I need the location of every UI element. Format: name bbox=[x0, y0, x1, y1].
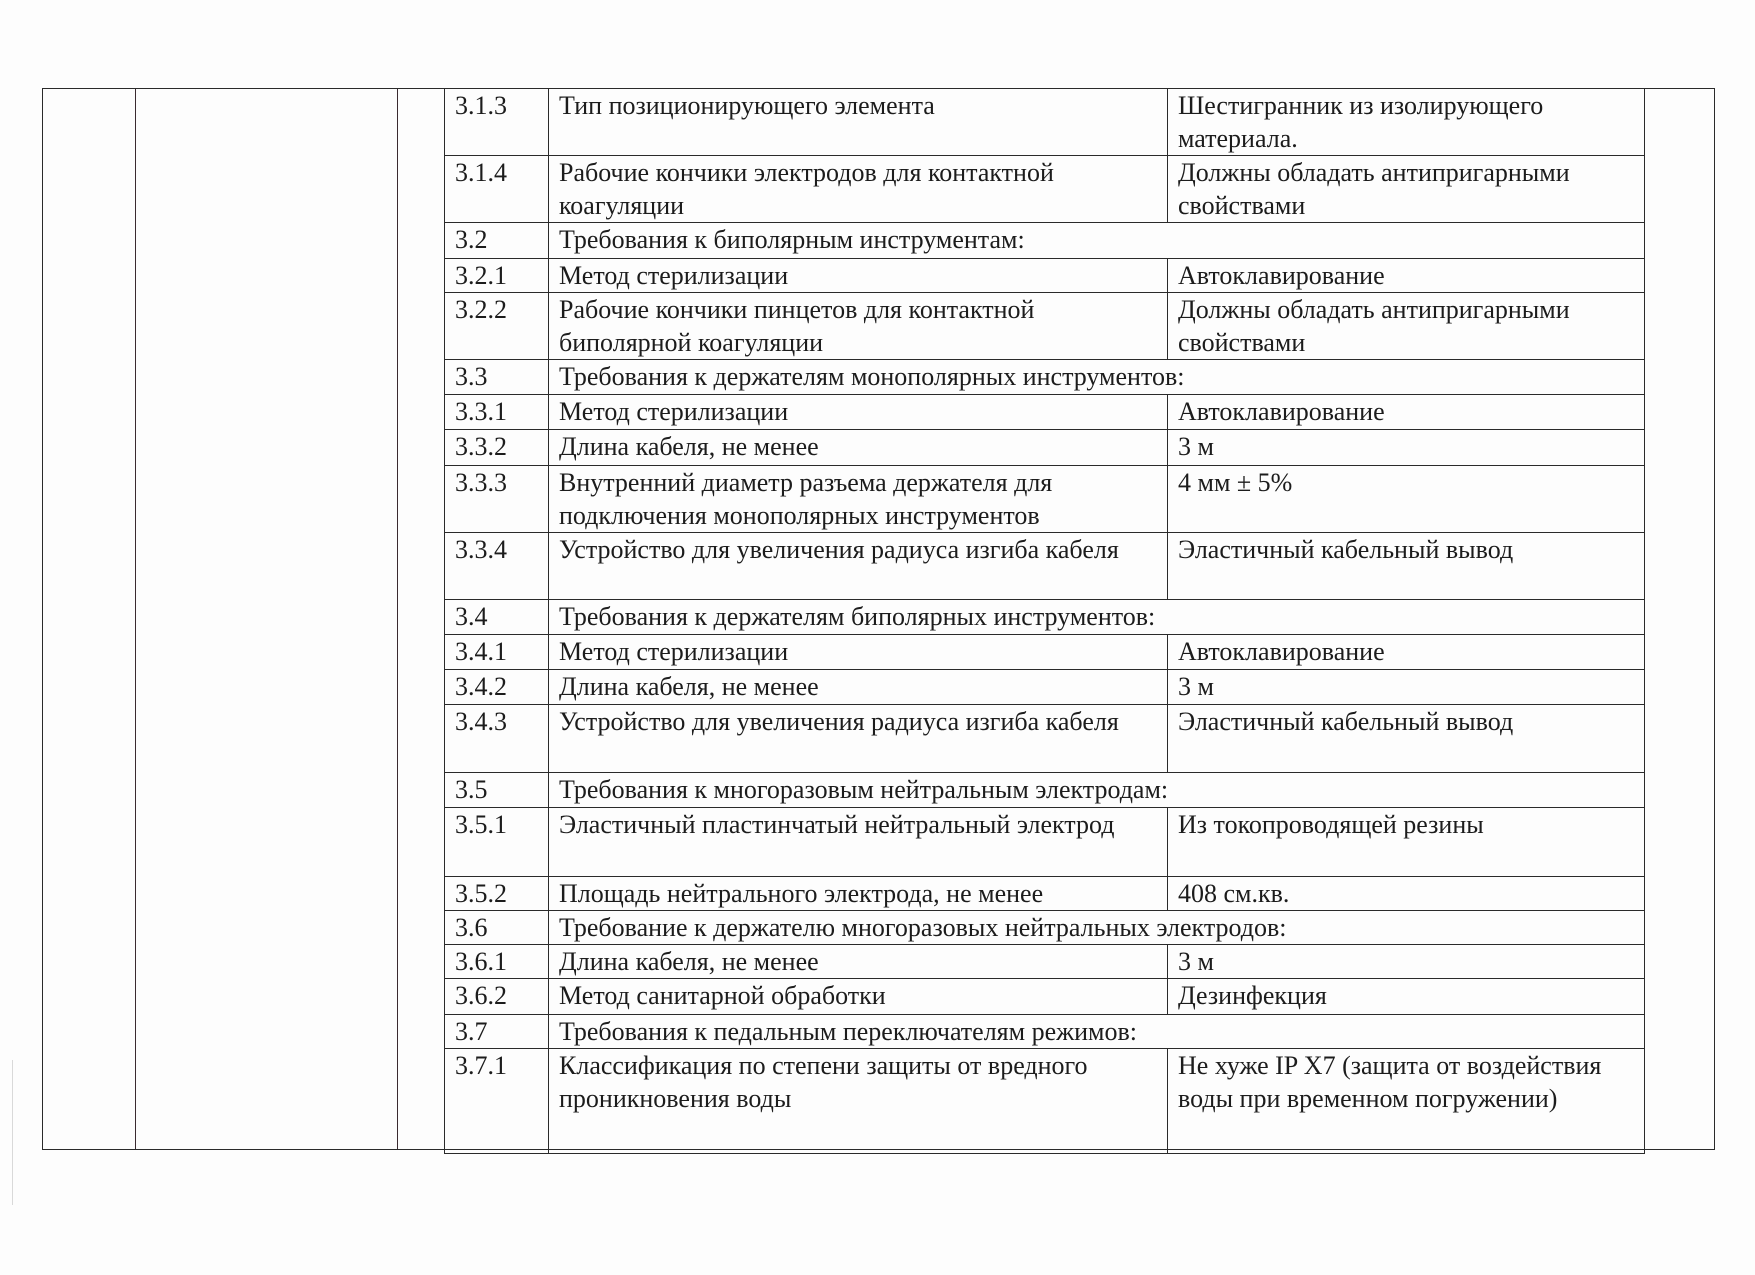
parameter-value: 3 м bbox=[1168, 430, 1645, 466]
outer-table: 3.1.3Тип позиционирующего элементаШестиг… bbox=[42, 88, 1715, 1150]
table-row: 3.6.2Метод санитарной обработкиДезинфекц… bbox=[445, 979, 1645, 1015]
row-number: 3.6.1 bbox=[445, 945, 549, 979]
section-row: 3.6Требование к держателю многоразовых н… bbox=[445, 911, 1645, 945]
parameter-name: Рабочие кончики электродов для контактно… bbox=[549, 156, 1168, 223]
parameter-name: Внутренний диаметр разъема держателя для… bbox=[549, 466, 1168, 533]
table-row: 3.1.4Рабочие кончики электродов для конт… bbox=[445, 156, 1645, 223]
section-title: Требования к многоразовым нейтральным эл… bbox=[549, 773, 1645, 808]
parameter-value: Должны обладать антипригарными свойствам… bbox=[1168, 293, 1645, 360]
parameter-value: Автоклавирование bbox=[1168, 395, 1645, 430]
parameter-value: Должны обладать антипригарными свойствам… bbox=[1168, 156, 1645, 223]
parameter-value: 3 м bbox=[1168, 945, 1645, 979]
row-number: 3.7.1 bbox=[445, 1049, 549, 1154]
row-number: 3.7 bbox=[445, 1015, 549, 1049]
section-row: 3.4Требования к держателям биполярных ин… bbox=[445, 600, 1645, 635]
section-row: 3.7Требования к педальным переключателям… bbox=[445, 1015, 1645, 1049]
parameter-value: Дезинфекция bbox=[1168, 979, 1645, 1015]
row-number: 3.3 bbox=[445, 360, 549, 395]
table-row: 3.4.3Устройство для увеличения радиуса и… bbox=[445, 705, 1645, 773]
table-row: 3.4.1Метод стерилизацииАвтоклавирование bbox=[445, 635, 1645, 670]
row-number: 3.3.2 bbox=[445, 430, 549, 466]
table-row: 3.4.2Длина кабеля, не менее3 м bbox=[445, 670, 1645, 705]
row-number: 3.6.2 bbox=[445, 979, 549, 1015]
row-number: 3.3.3 bbox=[445, 466, 549, 533]
section-row: 3.5Требования к многоразовым нейтральным… bbox=[445, 773, 1645, 808]
parameter-name: Тип позиционирующего элемента bbox=[549, 89, 1168, 156]
row-number: 3.5.2 bbox=[445, 877, 549, 911]
table-row: 3.3.4Устройство для увеличения радиуса и… bbox=[445, 533, 1645, 600]
row-number: 3.3.4 bbox=[445, 533, 549, 600]
parameter-value: Шестигранник из изолирующего материала. bbox=[1168, 89, 1645, 156]
requirements-table: 3.1.3Тип позиционирующего элементаШестиг… bbox=[444, 88, 1645, 1154]
section-row: 3.3Требования к держателям монополярных … bbox=[445, 360, 1645, 395]
column-divider-2 bbox=[397, 89, 398, 1149]
row-number: 3.2.1 bbox=[445, 259, 549, 293]
parameter-value: Эластичный кабельный вывод bbox=[1168, 533, 1645, 600]
parameter-value: Не хуже IP X7 (защита от воздействия вод… bbox=[1168, 1049, 1645, 1154]
parameter-name: Метод санитарной обработки bbox=[549, 979, 1168, 1015]
parameter-name: Классификация по степени защиты от вредн… bbox=[549, 1049, 1168, 1154]
table-row: 3.3.2Длина кабеля, не менее3 м bbox=[445, 430, 1645, 466]
table-row: 3.5.1Эластичный пластинчатый нейтральный… bbox=[445, 808, 1645, 877]
table-row: 3.2.2Рабочие кончики пинцетов для контак… bbox=[445, 293, 1645, 360]
parameter-value: Автоклавирование bbox=[1168, 259, 1645, 293]
parameter-value: 408 см.кв. bbox=[1168, 877, 1645, 911]
parameter-value: Из токопроводящей резины bbox=[1168, 808, 1645, 877]
parameter-name: Рабочие кончики пинцетов для контактной … bbox=[549, 293, 1168, 360]
row-number: 3.4.2 bbox=[445, 670, 549, 705]
parameter-name: Устройство для увеличения радиуса изгиба… bbox=[549, 705, 1168, 773]
section-title: Требования к держателям монополярных инс… bbox=[549, 360, 1645, 395]
section-title: Требования к педальным переключателям ре… bbox=[549, 1015, 1645, 1049]
table-row: 3.3.3Внутренний диаметр разъема держател… bbox=[445, 466, 1645, 533]
row-number: 3.3.1 bbox=[445, 395, 549, 430]
section-row: 3.2Требования к биполярным инструментам: bbox=[445, 223, 1645, 259]
table-row: 3.5.2Площадь нейтрального электрода, не … bbox=[445, 877, 1645, 911]
section-title: Требование к держателю многоразовых нейт… bbox=[549, 911, 1645, 945]
parameter-value: Автоклавирование bbox=[1168, 635, 1645, 670]
parameter-name: Устройство для увеличения радиуса изгиба… bbox=[549, 533, 1168, 600]
requirements-table-body: 3.1.3Тип позиционирующего элементаШестиг… bbox=[445, 89, 1645, 1154]
parameter-value: 3 м bbox=[1168, 670, 1645, 705]
row-number: 3.4.3 bbox=[445, 705, 549, 773]
section-title: Требования к держателям биполярных инстр… bbox=[549, 600, 1645, 635]
parameter-name: Метод стерилизации bbox=[549, 395, 1168, 430]
parameter-name: Длина кабеля, не менее bbox=[549, 430, 1168, 466]
parameter-name: Длина кабеля, не менее bbox=[549, 670, 1168, 705]
table-row: 3.1.3Тип позиционирующего элементаШестиг… bbox=[445, 89, 1645, 156]
parameter-name: Площадь нейтрального электрода, не менее bbox=[549, 877, 1168, 911]
row-number: 3.4.1 bbox=[445, 635, 549, 670]
parameter-value: 4 мм ± 5% bbox=[1168, 466, 1645, 533]
parameter-name: Длина кабеля, не менее bbox=[549, 945, 1168, 979]
parameter-name: Метод стерилизации bbox=[549, 259, 1168, 293]
column-divider-1 bbox=[135, 89, 136, 1149]
parameter-name: Эластичный пластинчатый нейтральный элек… bbox=[549, 808, 1168, 877]
parameter-value: Эластичный кабельный вывод bbox=[1168, 705, 1645, 773]
row-number: 3.2.2 bbox=[445, 293, 549, 360]
table-row: 3.2.1Метод стерилизацииАвтоклавирование bbox=[445, 259, 1645, 293]
row-number: 3.1.4 bbox=[445, 156, 549, 223]
parameter-name: Метод стерилизации bbox=[549, 635, 1168, 670]
scan-edge-shadow bbox=[12, 1060, 13, 1205]
section-title: Требования к биполярным инструментам: bbox=[549, 223, 1645, 259]
table-row: 3.7.1Классификация по степени защиты от … bbox=[445, 1049, 1645, 1154]
row-number: 3.6 bbox=[445, 911, 549, 945]
row-number: 3.1.3 bbox=[445, 89, 549, 156]
table-row: 3.6.1Длина кабеля, не менее3 м bbox=[445, 945, 1645, 979]
row-number: 3.5 bbox=[445, 773, 549, 808]
table-row: 3.3.1Метод стерилизацииАвтоклавирование bbox=[445, 395, 1645, 430]
row-number: 3.4 bbox=[445, 600, 549, 635]
row-number: 3.2 bbox=[445, 223, 549, 259]
row-number: 3.5.1 bbox=[445, 808, 549, 877]
